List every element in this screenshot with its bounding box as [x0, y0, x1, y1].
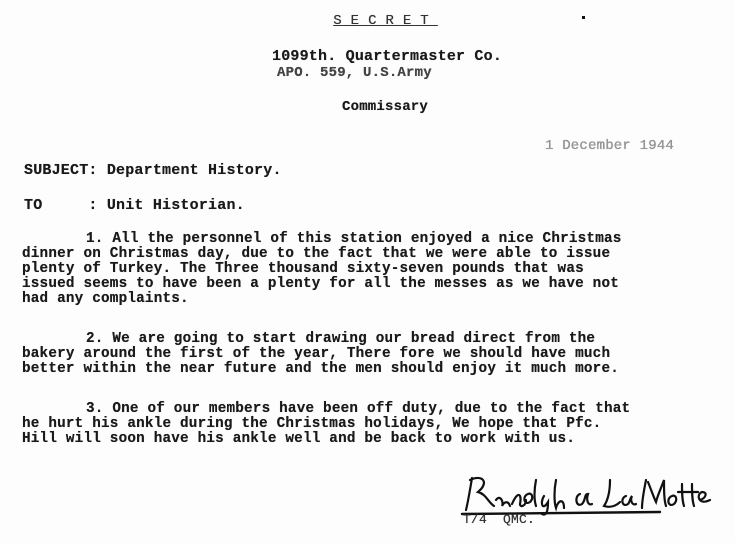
subject-label: SUBJECT: — [24, 162, 98, 179]
paragraph-1-line-3: plenty of Turkey. The Three thousand six… — [22, 262, 584, 276]
paragraph-3-line-1: 3. One of our members have been off duty… — [86, 402, 630, 416]
paragraph-1-line-4: issued seems to have been a plenty for a… — [22, 277, 619, 291]
paragraph-2-line-2: bakery around the first of the year, The… — [22, 347, 610, 361]
paragraph-1-line-2: dinner on Christmas day, due to the fact… — [22, 247, 610, 261]
handwritten-signature — [460, 470, 720, 518]
unit-name: 1099th. Quartermaster Co. — [272, 50, 502, 64]
section-name: Commissary — [342, 100, 428, 114]
subject-line: SUBJECT: Department History. — [24, 164, 282, 178]
paragraph-2-line-3: better within the near future and the me… — [22, 362, 619, 376]
document-date: 1 December 1944 — [545, 139, 674, 153]
paragraph-3-line-2: he hurt his ankle during the Christmas h… — [22, 417, 601, 431]
subject-value: Department History. — [107, 162, 282, 179]
paragraph-3-line-3: Hill will soon have his ankle well and b… — [22, 432, 575, 446]
paragraph-2-line-1: 2. We are going to start drawing our bre… — [86, 332, 595, 346]
to-value: : Unit Historian. — [88, 197, 244, 214]
to-label: TO — [24, 197, 42, 214]
to-line: TO : Unit Historian. — [24, 199, 245, 213]
classification-header: SECRET — [0, 14, 735, 28]
apo-address: APO. 559, U.S.Army — [277, 66, 432, 80]
paragraph-1-line-1: 1. All the personnel of this station enj… — [86, 232, 622, 246]
document-page: SECRET 1099th. Quartermaster Co. APO. 55… — [0, 0, 735, 543]
signer-rank: T/4 QMC. — [463, 513, 535, 527]
paragraph-1-line-5: had any complaints. — [22, 292, 189, 306]
